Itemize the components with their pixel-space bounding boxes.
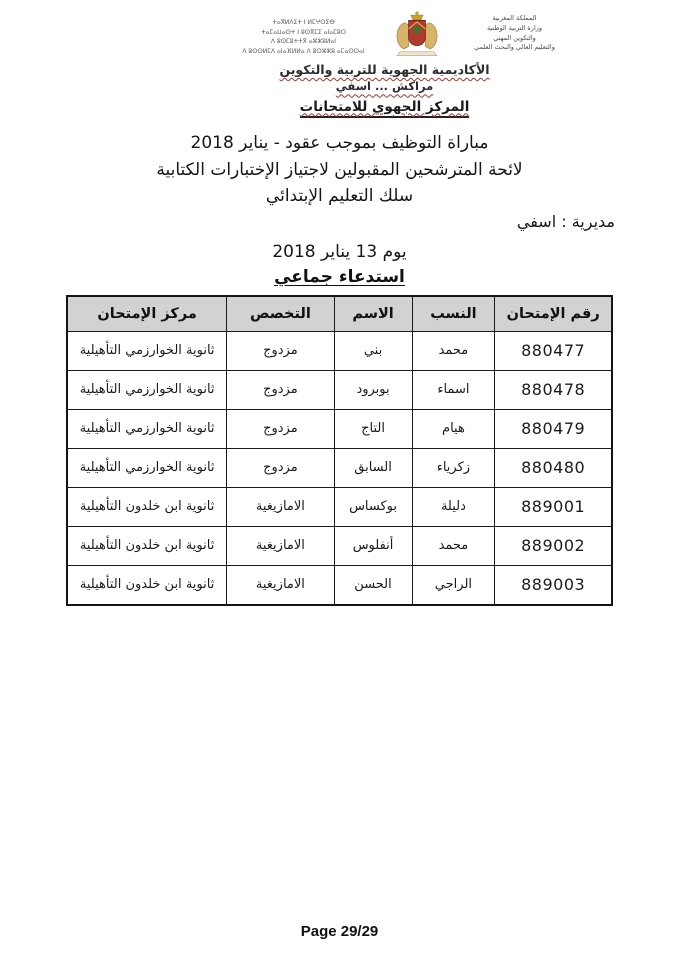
table-body: 880477 محمد بني مزدوج ثانوية الخوارزمي ا… (67, 331, 612, 605)
candidates-table: رقم الإمتحان النسب الاسم التخصص مركز الإ… (66, 295, 613, 606)
column-header-first-name: الاسم (334, 296, 412, 332)
cell-exam-center: ثانوية الخوارزمي التأهيلية (67, 370, 227, 409)
cell-exam-center: ثانوية ابن خلدون التأهيلية (67, 565, 227, 605)
cell-surname: اسماء (412, 370, 495, 409)
document-page: ⵜⴰⴳⵍⴷⵉⵜ ⵏ ⵍⵎⵖⵔⵉⴱ ⵜⴰⵎⴰⵡⴰⵙⵜ ⵏ ⵓⵙⴳⵎⵉ ⴰⵏⴰⵎⵓⵔ… (0, 0, 679, 960)
cell-exam-number: 880479 (495, 409, 612, 448)
cell-surname: محمد (412, 526, 495, 565)
tifinagh-line: ⴷ ⵓⵙⵎⵓⵜⵜⴳ ⴰⵣⵣⵓⵍⴰⵏ (229, 37, 379, 47)
table-row: 889001 دليلة بوكساس الامازيغية ثانوية اب… (67, 487, 612, 526)
letterhead: ⵜⴰⴳⵍⴷⵉⵜ ⵏ ⵍⵎⵖⵔⵉⴱ ⵜⴰⵎⴰⵡⴰⵙⵜ ⵏ ⵓⵙⴳⵎⵉ ⴰⵏⴰⵎⵓⵔ… (62, 0, 679, 60)
table-row: 880477 محمد بني مزدوج ثانوية الخوارزمي ا… (67, 331, 612, 370)
ministry-line: وزارة التربية الوطنية (455, 24, 575, 34)
tifinagh-line: ⴷ ⵓⵙⵙⵍⵎⴷ ⴰⵏⴰⴼⵍⵍⴰ ⴷ ⵓⵔⵣⵣⵓ ⴰⵎⴰⵙⵙⴰⵏ (229, 47, 379, 57)
cell-surname: دليلة (412, 487, 495, 526)
ministry-line: المملكة المغربية (455, 14, 575, 24)
cell-exam-number: 889002 (495, 526, 612, 565)
table-row: 889003 الراجي الحسن الامازيغية ثانوية اب… (67, 565, 612, 605)
cell-surname: محمد (412, 331, 495, 370)
cell-exam-number: 880478 (495, 370, 612, 409)
column-header-specialty: التخصص (227, 296, 334, 332)
cell-exam-number: 889001 (495, 487, 612, 526)
directorate-label: مديرية : اسفي (0, 211, 679, 233)
cell-surname: هيام (412, 409, 495, 448)
exam-date: يوم 13 يناير 2018 (0, 242, 679, 262)
cell-surname: الراجي (412, 565, 495, 605)
tifinagh-ministry-text: ⵜⴰⴳⵍⴷⵉⵜ ⵏ ⵍⵎⵖⵔⵉⴱ ⵜⴰⵎⴰⵡⴰⵙⵜ ⵏ ⵓⵙⴳⵎⵉ ⴰⵏⴰⵎⵓⵔ… (229, 10, 379, 56)
title-candidates-list: لائحة المترشحين المقبولين لاجتياز الإختب… (0, 157, 679, 183)
cell-specialty: الامازيغية (227, 565, 334, 605)
academy-region: مراكش ... اسفي (225, 78, 545, 95)
cell-specialty: مزدوج (227, 409, 334, 448)
cell-exam-center: ثانوية ابن خلدون التأهيلية (67, 526, 227, 565)
page-number: Page 29/29 (0, 923, 679, 940)
cell-specialty: الامازيغية (227, 526, 334, 565)
cell-exam-center: ثانوية الخوارزمي التأهيلية (67, 409, 227, 448)
cell-first-name: بوبرود (334, 370, 412, 409)
cell-first-name: بوكساس (334, 487, 412, 526)
table-row: 880478 اسماء بوبرود مزدوج ثانوية الخوارز… (67, 370, 612, 409)
cell-first-name: التاج (334, 409, 412, 448)
cell-exam-number: 880477 (495, 331, 612, 370)
ministry-line: والتعليم العالي والبحث العلمي (455, 43, 575, 53)
cell-specialty: مزدوج (227, 448, 334, 487)
tifinagh-line: ⵜⴰⴳⵍⴷⵉⵜ ⵏ ⵍⵎⵖⵔⵉⴱ (229, 18, 379, 28)
morocco-coat-of-arms-icon (394, 10, 440, 60)
document-titles: مباراة التوظيف بموجب عقود - يناير 2018 ل… (0, 130, 679, 209)
column-header-surname: النسب (412, 296, 495, 332)
cell-specialty: مزدوج (227, 370, 334, 409)
cell-exam-number: 889003 (495, 565, 612, 605)
cell-specialty: مزدوج (227, 331, 334, 370)
cell-exam-center: ثانوية الخوارزمي التأهيلية (67, 331, 227, 370)
arabic-ministry-text: المملكة المغربية وزارة التربية الوطنية و… (455, 10, 575, 53)
academy-name: الأكاديمية الجهوية للتربية والتكوين (225, 62, 545, 78)
cell-first-name: الحسن (334, 565, 412, 605)
cell-first-name: بني (334, 331, 412, 370)
cell-exam-center: ثانوية الخوارزمي التأهيلية (67, 448, 227, 487)
table-header-row: رقم الإمتحان النسب الاسم التخصص مركز الإ… (67, 296, 612, 332)
cell-exam-number: 880480 (495, 448, 612, 487)
cell-surname: زكرياء (412, 448, 495, 487)
cell-first-name: السابق (334, 448, 412, 487)
exam-center-title: المركز الجهوي للامتحانات (300, 98, 470, 119)
column-header-exam-number: رقم الإمتحان (495, 296, 612, 332)
column-header-exam-center: مركز الإمتحان (67, 296, 227, 332)
title-primary-education: سلك التعليم الإبتدائي (0, 183, 679, 209)
cell-first-name: أنفلوس (334, 526, 412, 565)
academy-header: الأكاديمية الجهوية للتربية والتكوين مراك… (225, 62, 545, 118)
cell-exam-center: ثانوية ابن خلدون التأهيلية (67, 487, 227, 526)
table-row: 880479 هيام التاج مزدوج ثانوية الخوارزمي… (67, 409, 612, 448)
ministry-line: والتكوين المهني (455, 34, 575, 44)
table-row: 889002 محمد أنفلوس الامازيغية ثانوية ابن… (67, 526, 612, 565)
call-type-heading: استدعاء جماعي (0, 267, 679, 287)
title-competition: مباراة التوظيف بموجب عقود - يناير 2018 (0, 130, 679, 156)
cell-specialty: الامازيغية (227, 487, 334, 526)
tifinagh-line: ⵜⴰⵎⴰⵡⴰⵙⵜ ⵏ ⵓⵙⴳⵎⵉ ⴰⵏⴰⵎⵓⵔ (229, 28, 379, 38)
table-row: 880480 زكرياء السابق مزدوج ثانوية الخوار… (67, 448, 612, 487)
